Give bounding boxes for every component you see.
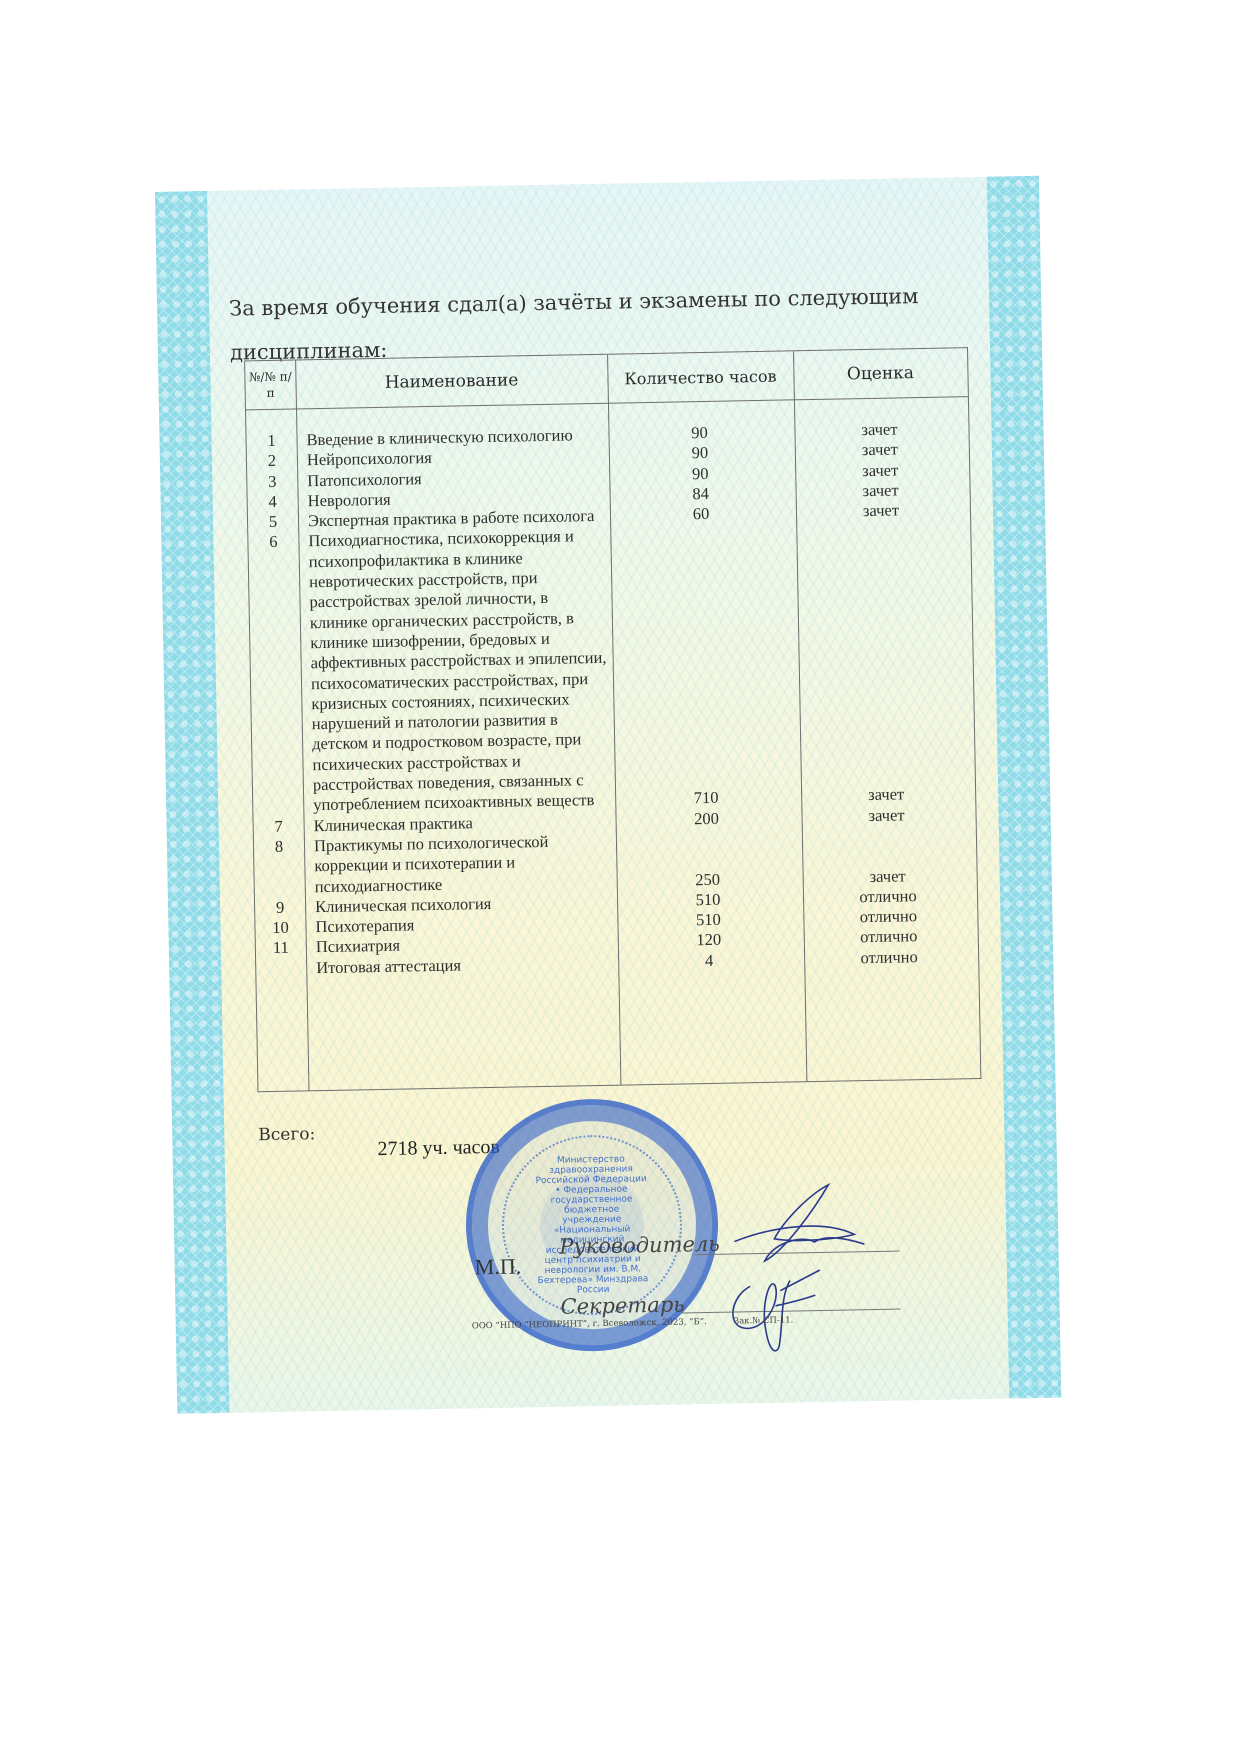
table-body: 1Введение в клиническую психологию90заче… bbox=[246, 418, 978, 979]
header-hours: Количество часов bbox=[607, 351, 794, 402]
row-number: 1 bbox=[246, 430, 296, 451]
row-number: 8 bbox=[254, 836, 305, 898]
discipline-name: Практикумы по психологической коррекции … bbox=[304, 831, 615, 898]
row-number: 7 bbox=[253, 816, 303, 837]
row-number: 3 bbox=[247, 471, 297, 492]
discipline-name: Психодиагностика, психокоррекция и психо… bbox=[298, 526, 613, 816]
row-number bbox=[256, 958, 306, 979]
certificate-page: За время обучения сдал(а) зачёты и экзам… bbox=[155, 176, 1061, 1414]
security-band-right bbox=[987, 176, 1061, 1399]
header-number: №/№ п/п bbox=[245, 360, 296, 409]
secretary-label: Секретарь bbox=[560, 1292, 685, 1318]
table-row: 6Психодиагностика, психокоррекция и псих… bbox=[248, 520, 975, 817]
row-number: 9 bbox=[255, 897, 305, 918]
order-number: Зак.№ СП-11. bbox=[734, 1315, 794, 1326]
discipline-name: Итоговая аттестация bbox=[306, 952, 616, 978]
total-label: Всего: bbox=[258, 1124, 315, 1145]
grade-value: зачет bbox=[799, 804, 973, 827]
hours-value: 200 bbox=[613, 807, 799, 831]
grade-value: зачет bbox=[794, 499, 968, 522]
hours-value: 60 bbox=[608, 503, 794, 527]
row-number: 4 bbox=[248, 491, 298, 512]
row-number: 6 bbox=[248, 532, 303, 817]
row-number: 2 bbox=[247, 451, 297, 472]
secretary-signature-icon bbox=[720, 1255, 832, 1367]
stamp-place-label: М.П. bbox=[475, 1253, 522, 1280]
header-grade: Оценка bbox=[793, 348, 968, 399]
seal-text: Министерство здравоохранения Российской … bbox=[500, 1134, 683, 1317]
hours-value: 4 bbox=[616, 949, 802, 973]
row-number: 11 bbox=[256, 938, 306, 959]
total-hours: 2718 уч. часов bbox=[377, 1136, 500, 1161]
grade-value: отлично bbox=[802, 946, 976, 969]
security-band-left bbox=[155, 191, 229, 1414]
header-name: Наименование bbox=[295, 355, 608, 409]
row-number: 10 bbox=[255, 917, 305, 938]
disciplines-table: №/№ п/п Наименование Количество часов Оц… bbox=[244, 347, 981, 1092]
row-number: 5 bbox=[248, 512, 298, 533]
